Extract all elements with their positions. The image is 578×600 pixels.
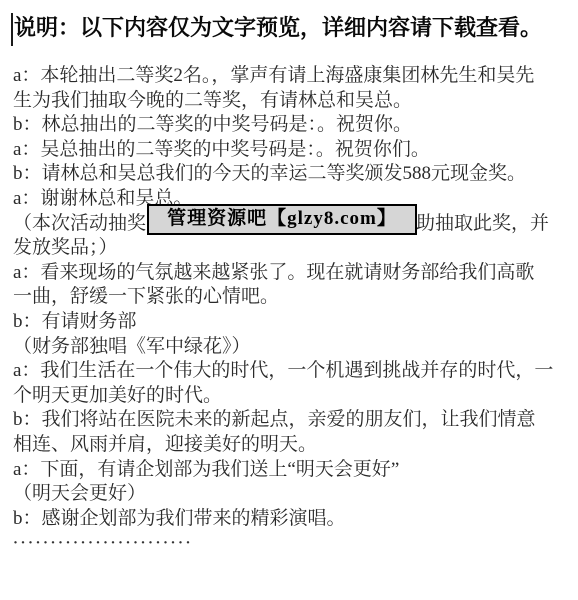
text-line: b：林总抽出的二等奖的中奖号码是：。祝贺你。 — [13, 113, 573, 138]
text-line: a：看来现场的气氛越来越紧张了。现在就请财务部给我们高歌 — [13, 261, 573, 286]
text-line: a：吴总抽出的二等奖的中奖号码是：。祝贺你们。 — [13, 138, 573, 163]
text-cursor-caret — [11, 13, 13, 46]
ellipsis-row: ························ — [13, 531, 573, 556]
text-line: a：我们生活在一个伟大的时代，一个机遇到挑战并存的时代，一 — [13, 359, 573, 384]
text-line: （明天会更好） — [13, 482, 573, 507]
text-line: b：感谢企划部为我们带来的精彩演唱。 — [13, 507, 573, 532]
text-line: 相连、风雨并肩，迎接美好的明天。 — [13, 433, 573, 458]
covered-line-right-text: 助抽取此奖，并 — [416, 213, 549, 234]
text-line: 发放奖品；） — [13, 236, 573, 261]
text-line: 个明天更加美好的时代。 — [13, 384, 573, 409]
preview-notice-title: 说明：以下内容仅为文字预览，详细内容请下载查看。 — [14, 14, 570, 42]
text-line: b：请林总和吴总我们的今天的幸运二等奖颁发588元现金奖。 — [13, 162, 573, 187]
text-line: 生为我们抽取今晚的二等奖，有请林总和吴总。 — [13, 89, 573, 114]
document-body: a：本轮抽出二等奖2名。，掌声有请上海盛康集团林先生和吴先 生为我们抽取今晚的二… — [13, 64, 573, 556]
text-line: 一曲，舒缓一下紧张的心情吧。 — [13, 285, 573, 310]
text-line: b：我们将站在医院未来的新起点，亲爱的朋友们，让我们情意 — [13, 408, 573, 433]
site-watermark-badge: 管理资源吧【glzy8.com】 — [147, 204, 417, 235]
text-line: a：下面，有请企划部为我们送上“明天会更好” — [13, 458, 573, 483]
covered-line-left-text: （本次活动抽奖 — [13, 213, 146, 234]
text-line: （财务部独唱《军中绿花》） — [13, 335, 573, 360]
text-line: a：本轮抽出二等奖2名。，掌声有请上海盛康集团林先生和吴先 — [13, 64, 573, 89]
document-preview-page: 说明：以下内容仅为文字预览，详细内容请下载查看。 a：本轮抽出二等奖2名。，掌声… — [0, 0, 578, 600]
text-line-with-watermark: （本次活动抽奖助抽取此奖，并 管理资源吧【glzy8.com】 — [13, 212, 573, 237]
text-line: b：有请财务部 — [13, 310, 573, 335]
